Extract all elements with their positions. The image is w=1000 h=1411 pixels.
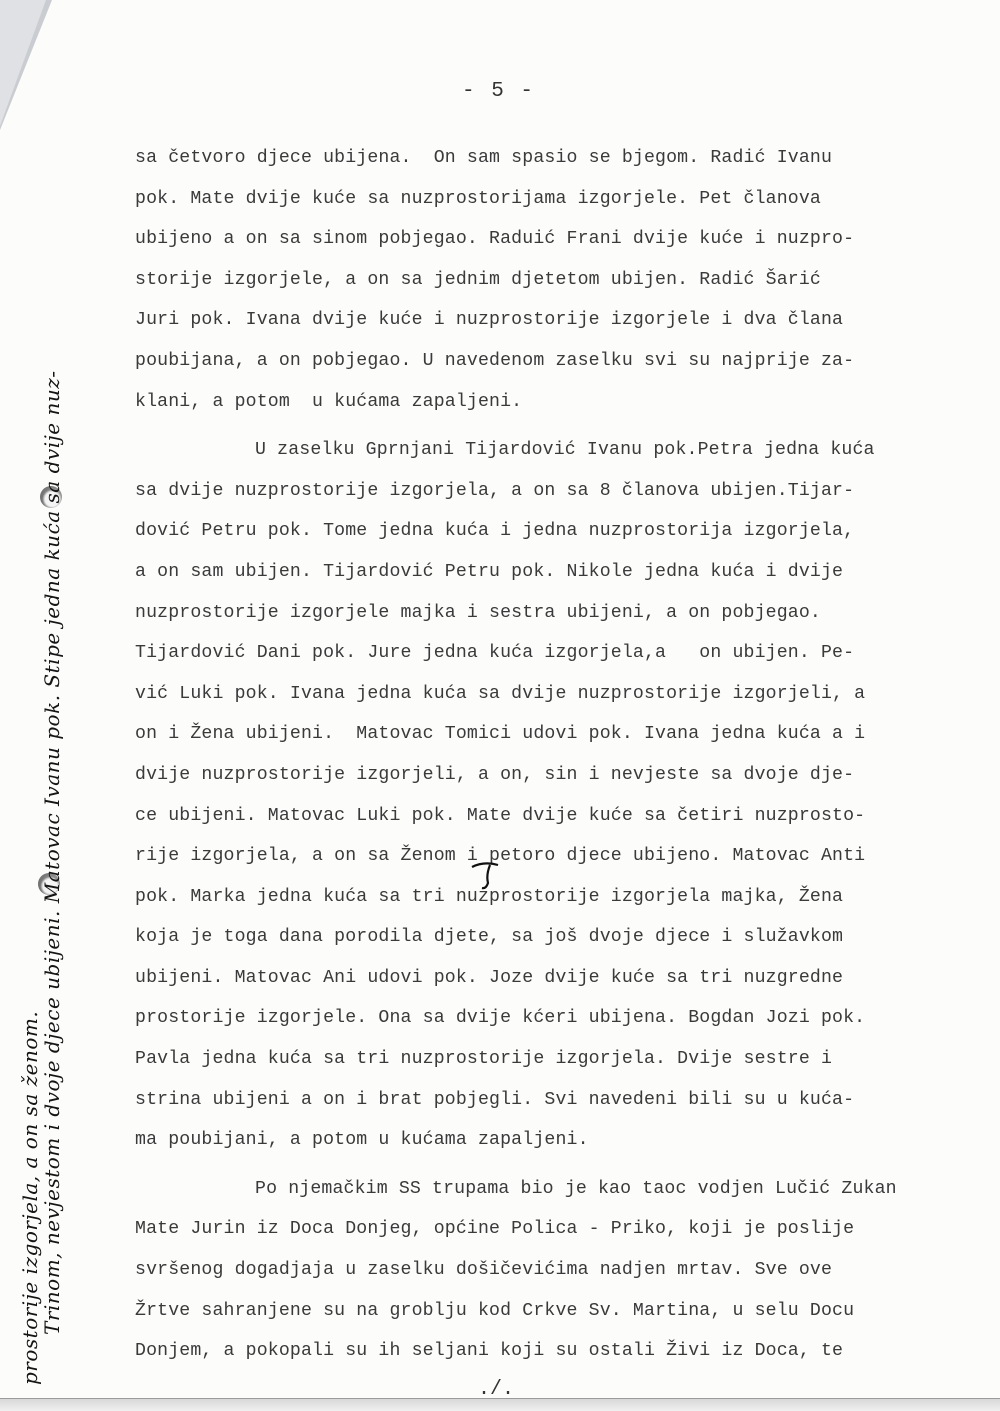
text-line: nuzprostorije izgorjele majka i sestra u…	[135, 593, 975, 634]
text-line: svršenog dogadjaja u zaselku došičevićim…	[135, 1250, 975, 1291]
paragraph-gap	[135, 1161, 975, 1169]
text-line: Juri pok. Ivana dvije kuće i nuzprostori…	[135, 300, 975, 341]
document-page: - 5 - sa četvoro djece ubijena. On sam s…	[0, 0, 1000, 1411]
text-line: ubijeno a on sa sinom pobjegao. Raduić F…	[135, 219, 975, 260]
text-line: U zaselku Gprnjani Tijardović Ivanu pok.…	[135, 430, 975, 471]
text-line: storije izgorjele, a on sa jednim djetet…	[135, 260, 975, 301]
page-number: - 5 -	[462, 80, 535, 103]
text-line: ubijeni. Matovac Ani udovi pok. Joze dvi…	[135, 958, 975, 999]
text-line: poubijana, a on pobjegao. U navedenom za…	[135, 341, 975, 382]
paragraph-gap	[135, 422, 975, 430]
text-line: sa četvoro djece ubijena. On sam spasio …	[135, 138, 975, 179]
text-line: Pavla jedna kuća sa tri nuzprostorije iz…	[135, 1039, 975, 1080]
handwritten-margin-note-line-1: Trinom, nevjestom i dvoje djece ubijeni.…	[40, 370, 64, 1335]
text-line: ma poubijani, a potom u kućama zapaljeni…	[135, 1120, 975, 1161]
text-line: vić Luki pok. Ivana jedna kuća sa dvije …	[135, 674, 975, 715]
text-line: strina ubijeni a on i brat pobjegli. Svi…	[135, 1080, 975, 1121]
text-line: pok. Mate dvije kuće sa nuzprostorijama …	[135, 179, 975, 220]
text-line: dvije nuzprostorije izgorjeli, a on, sin…	[135, 755, 975, 796]
page-bottom-edge	[0, 1398, 1000, 1411]
text-line: pok. Marka jedna kuća sa tri nuzprostori…	[135, 877, 975, 918]
folded-corner-shade	[0, 0, 46, 126]
text-line: koja je toga dana porodila djete, sa još…	[135, 917, 975, 958]
text-line: prostorije izgorjele. Ona sa dvije kćeri…	[135, 998, 975, 1039]
text-line: Po njemačkim SS trupama bio je kao taoc …	[135, 1169, 975, 1210]
text-line: Žrtve sahranjene su na groblju kod Crkve…	[135, 1291, 975, 1332]
handwritten-margin-note-line-2: prostorije izgorjela, a on sa ženom.	[18, 1011, 42, 1385]
typed-body-text: sa četvoro djece ubijena. On sam spasio …	[135, 138, 975, 1372]
text-line: klani, a potom u kućama zapaljeni.	[135, 382, 975, 423]
text-line: sa dvije nuzprostorije izgorjela, a on s…	[135, 471, 975, 512]
text-line: ce ubijeni. Matovac Luki pok. Mate dvije…	[135, 796, 975, 837]
text-line: on i Žena ubijeni. Matovac Tomici udovi …	[135, 714, 975, 755]
text-line: a on sam ubijen. Tijardović Petru pok. N…	[135, 552, 975, 593]
text-line: Mate Jurin iz Doca Donjeg, općine Polica…	[135, 1209, 975, 1250]
text-line: rije izgorjela, a on sa Ženom i petoro d…	[135, 836, 975, 877]
text-line: dović Petru pok. Tome jedna kuća i jedna…	[135, 511, 975, 552]
text-line: Tijardović Dani pok. Jure jedna kuća izg…	[135, 633, 975, 674]
text-line: Donjem, a pokopali su ih seljani koji su…	[135, 1331, 975, 1372]
insertion-mark-icon	[470, 861, 500, 891]
